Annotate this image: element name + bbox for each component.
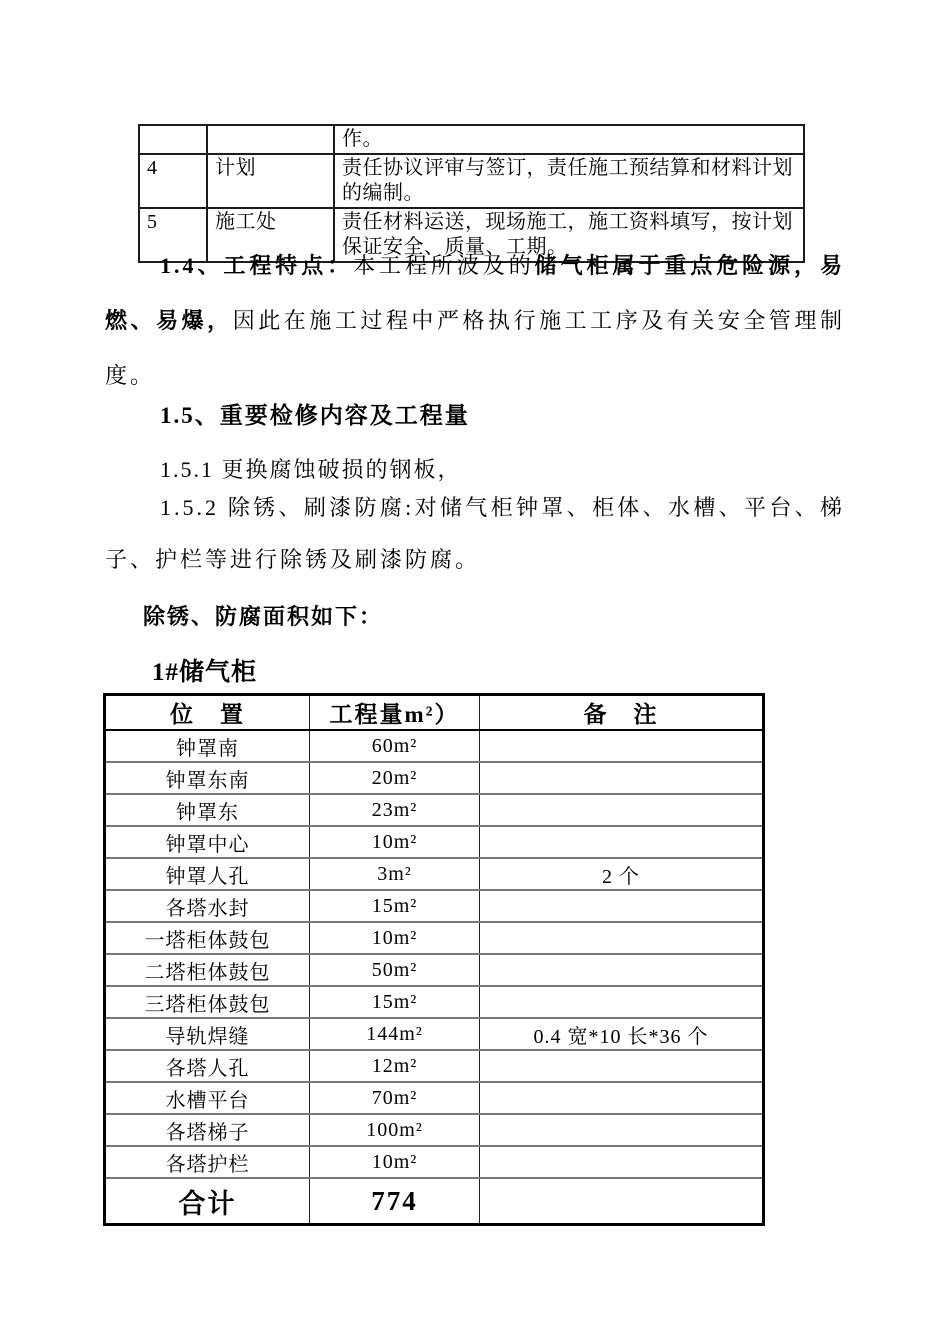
cell-note — [480, 730, 764, 762]
cell-quantity: 10m² — [310, 922, 480, 954]
cell-quantity: 12m² — [310, 1050, 480, 1082]
cell-location: 二塔柜体鼓包 — [105, 954, 310, 986]
cell-location: 一塔柜体鼓包 — [105, 922, 310, 954]
cell-quantity: 144m² — [310, 1018, 480, 1050]
cell-location: 各塔人孔 — [105, 1050, 310, 1082]
cell-quantity: 60m² — [310, 730, 480, 762]
table-row: 各塔人孔 12m² — [105, 1050, 764, 1082]
cell-department: 计划 — [207, 154, 334, 208]
table-row: 水槽平台 70m² — [105, 1082, 764, 1114]
cell-location: 导轨焊缝 — [105, 1018, 310, 1050]
cell-quantity: 100m² — [310, 1114, 480, 1146]
table-row: 4 计划 责任协议评审与签订，责任施工预结算和材料计划的编制。 — [139, 154, 804, 208]
table-row: 钟罩东南 20m² — [105, 762, 764, 794]
cell-quantity: 20m² — [310, 762, 480, 794]
paragraph-text: 本工程所波及的 — [353, 253, 535, 278]
area-table: 位 置 工程量m²） 备 注 钟罩南 60m² 钟罩东南 20m² 钟罩东 23… — [103, 693, 765, 1226]
cell-location: 各塔护栏 — [105, 1146, 310, 1178]
table-row: 各塔梯子 100m² — [105, 1114, 764, 1146]
list-item: 1.5.2 除锈、刷漆防腐:对储气柜钟罩、柜体、水槽、平台、梯子、护栏等进行除锈… — [105, 482, 845, 586]
cell-note: 2 个 — [480, 858, 764, 890]
table-row: 三塔柜体鼓包 15m² — [105, 986, 764, 1018]
cell-note: 0.4 宽*10 长*36 个 — [480, 1018, 764, 1050]
table-row: 钟罩中心 10m² — [105, 826, 764, 858]
cell-quantity: 15m² — [310, 986, 480, 1018]
cell-note — [480, 890, 764, 922]
cell-location: 各塔梯子 — [105, 1114, 310, 1146]
list-item: 1.5.1 更换腐蚀破损的钢板， — [160, 453, 462, 484]
total-note — [480, 1178, 764, 1225]
cell-note — [480, 922, 764, 954]
table-row: 钟罩人孔 3m² 2 个 — [105, 858, 764, 890]
cell-location: 钟罩南 — [105, 730, 310, 762]
cell-responsibility: 责任协议评审与签订，责任施工预结算和材料计划的编制。 — [334, 154, 804, 208]
cell-responsibility: 作。 — [334, 125, 804, 154]
table-title: 1#储气柜 — [152, 652, 257, 688]
cell-index — [139, 125, 207, 154]
cell-location: 钟罩东 — [105, 794, 310, 826]
table-row: 钟罩东 23m² — [105, 794, 764, 826]
cell-quantity: 10m² — [310, 826, 480, 858]
cell-location: 三塔柜体鼓包 — [105, 986, 310, 1018]
table-row: 一塔柜体鼓包 10m² — [105, 922, 764, 954]
section-heading: 1.5、重要检修内容及工程量 — [160, 397, 470, 430]
paragraph-label: 1.4、工程特点： — [160, 253, 353, 278]
cell-note — [480, 1114, 764, 1146]
header-quantity: 工程量m²） — [310, 695, 480, 731]
total-label: 合计 — [105, 1178, 310, 1225]
cell-note — [480, 1146, 764, 1178]
cell-location: 钟罩东南 — [105, 762, 310, 794]
table-row: 导轨焊缝 144m² 0.4 宽*10 长*36 个 — [105, 1018, 764, 1050]
cell-location: 水槽平台 — [105, 1082, 310, 1114]
table-row: 各塔水封 15m² — [105, 890, 764, 922]
cell-note — [480, 1082, 764, 1114]
header-note: 备 注 — [480, 695, 764, 731]
cell-note — [480, 762, 764, 794]
table-total-row: 合计 774 — [105, 1178, 764, 1225]
cell-quantity: 70m² — [310, 1082, 480, 1114]
paragraph-project-features: 1.4、工程特点：本工程所波及的储气柜属于重点危险源，易燃、易爆，因此在施工过程… — [105, 238, 845, 403]
cell-location: 钟罩中心 — [105, 826, 310, 858]
cell-note — [480, 986, 764, 1018]
table-row: 钟罩南 60m² — [105, 730, 764, 762]
cell-note — [480, 1050, 764, 1082]
total-value: 774 — [310, 1178, 480, 1225]
cell-index: 4 — [139, 154, 207, 208]
cell-location: 钟罩人孔 — [105, 858, 310, 890]
cell-note — [480, 794, 764, 826]
subheading-area: 除锈、防腐面积如下： — [143, 600, 383, 631]
document-page: 作。 4 计划 责任协议评审与签订，责任施工预结算和材料计划的编制。 5 施工处… — [0, 0, 950, 1344]
cell-quantity: 15m² — [310, 890, 480, 922]
table-header-row: 位 置 工程量m²） 备 注 — [105, 695, 764, 731]
cell-note — [480, 826, 764, 858]
table-row: 作。 — [139, 125, 804, 154]
cell-department — [207, 125, 334, 154]
cell-quantity: 23m² — [310, 794, 480, 826]
table-row: 各塔护栏 10m² — [105, 1146, 764, 1178]
cell-location: 各塔水封 — [105, 890, 310, 922]
cell-quantity: 3m² — [310, 858, 480, 890]
table-row: 二塔柜体鼓包 50m² — [105, 954, 764, 986]
cell-note — [480, 954, 764, 986]
header-location: 位 置 — [105, 695, 310, 731]
cell-quantity: 50m² — [310, 954, 480, 986]
cell-quantity: 10m² — [310, 1146, 480, 1178]
